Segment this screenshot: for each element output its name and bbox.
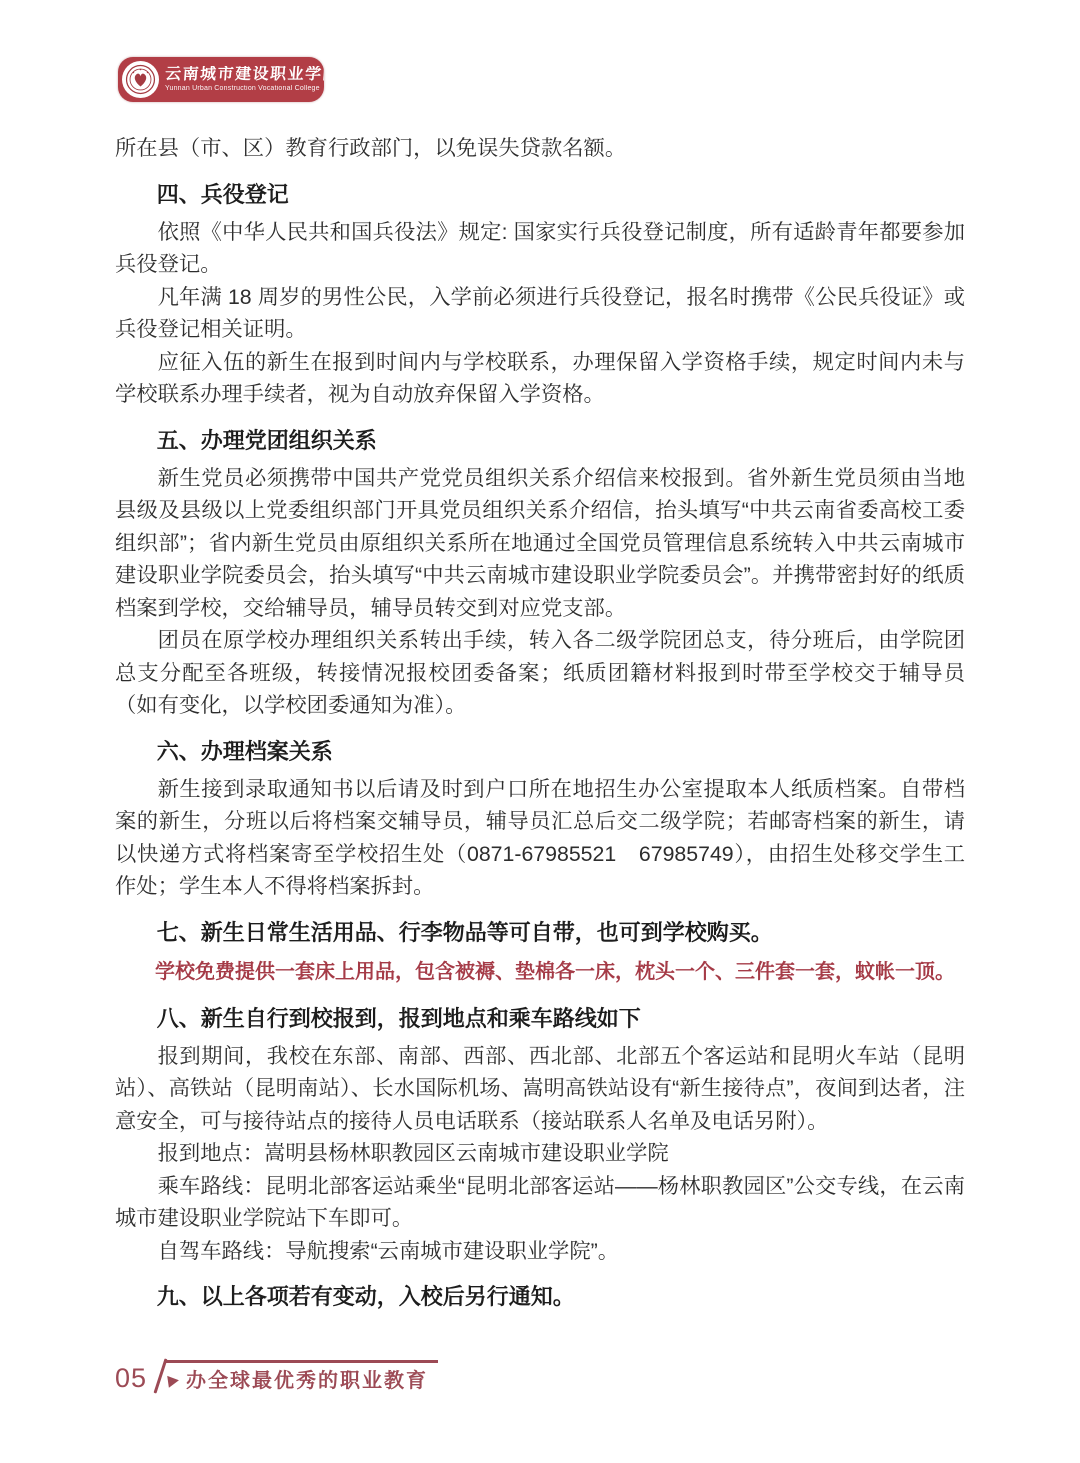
bedding-highlight-note: 学校免费提供一套床上用品，包含被褥、垫棉各一床，枕头一个、三件套一套，蚊帐一顶。 — [115, 956, 965, 989]
college-logo-banner: 云南城市建设职业学院 Yunnan Urban Construction Voc… — [118, 57, 324, 102]
intro-paragraph: 所在县（市、区）教育行政部门，以免误失贷款名额。 — [115, 132, 965, 165]
paragraph: 凡年满 18 周岁的男性公民，入学前必须进行兵役登记，报名时携带《公民兵役证》或… — [115, 281, 965, 346]
college-name-cn: 云南城市建设职业学院 — [165, 66, 324, 84]
paragraph: 团员在原学校办理组织关系转出手续，转入各二级学院团总支，待分班后，由学院团总支分… — [115, 624, 965, 722]
college-emblem-icon — [122, 61, 159, 98]
driving-route-line: 自驾车路线：导航搜索“云南城市建设职业学院”。 — [115, 1235, 965, 1268]
flag-triangle-icon — [167, 1374, 180, 1387]
footer-slogan: 办全球最优秀的职业教育 — [186, 1369, 428, 1393]
registration-location-line: 报到地点：嵩明县杨林职教园区云南城市建设职业学院 — [115, 1137, 965, 1170]
section-heading-archives: 六、办理档案关系 — [115, 735, 965, 768]
college-logo-text: 云南城市建设职业学院 Yunnan Urban Construction Voc… — [165, 66, 324, 93]
section-heading-daily-necessities: 七、新生日常生活用品、行李物品等可自带，也可到学校购买。 — [115, 916, 965, 949]
section-heading-military-registration: 四、兵役登记 — [115, 178, 965, 211]
paragraph: 依照《中华人民共和国兵役法》规定: 国家实行兵役登记制度，所有适龄青年都要参加兵… — [115, 216, 965, 281]
bus-route-line: 乘车路线：昆明北部客运站乘坐“昆明北部客运站——杨林职教园区”公交专线，在云南城… — [115, 1170, 965, 1235]
paragraph: 新生党员必须携带中国共产党党员组织关系介绍信来校报到。省外新生党员须由当地县级及… — [115, 462, 965, 625]
page-number: 05 — [115, 1356, 147, 1392]
document-body: 所在县（市、区）教育行政部门，以免误失贷款名额。 四、兵役登记 依照《中华人民共… — [115, 132, 965, 1318]
footer-slogan-block: 办全球最优秀的职业教育 — [164, 1360, 438, 1393]
section-heading-party-league-relations: 五、办理党团组织关系 — [115, 424, 965, 457]
paragraph: 新生接到录取通知书以后请及时到户口所在地招生办公室提取本人纸质档案。自带档案的新… — [115, 773, 965, 903]
section-heading-changes-notice: 九、以上各项若有变动，入校后另行通知。 — [115, 1280, 965, 1313]
paragraph: 报到期间，我校在东部、南部、西部、西北部、北部五个客运站和昆明火车站（昆明站）、… — [115, 1040, 965, 1138]
document-page: 云南城市建设职业学院 Yunnan Urban Construction Voc… — [0, 0, 1080, 1463]
page-footer: 05 办全球最优秀的职业教育 — [115, 1356, 438, 1394]
college-name-en: Yunnan Urban Construction Vocational Col… — [165, 84, 324, 93]
paragraph: 应征入伍的新生在报到时间内与学校联系，办理保留入学资格手续，规定时间内未与学校联… — [115, 346, 965, 411]
section-heading-registration-routes: 八、新生自行到校报到，报到地点和乘车路线如下 — [115, 1002, 965, 1035]
